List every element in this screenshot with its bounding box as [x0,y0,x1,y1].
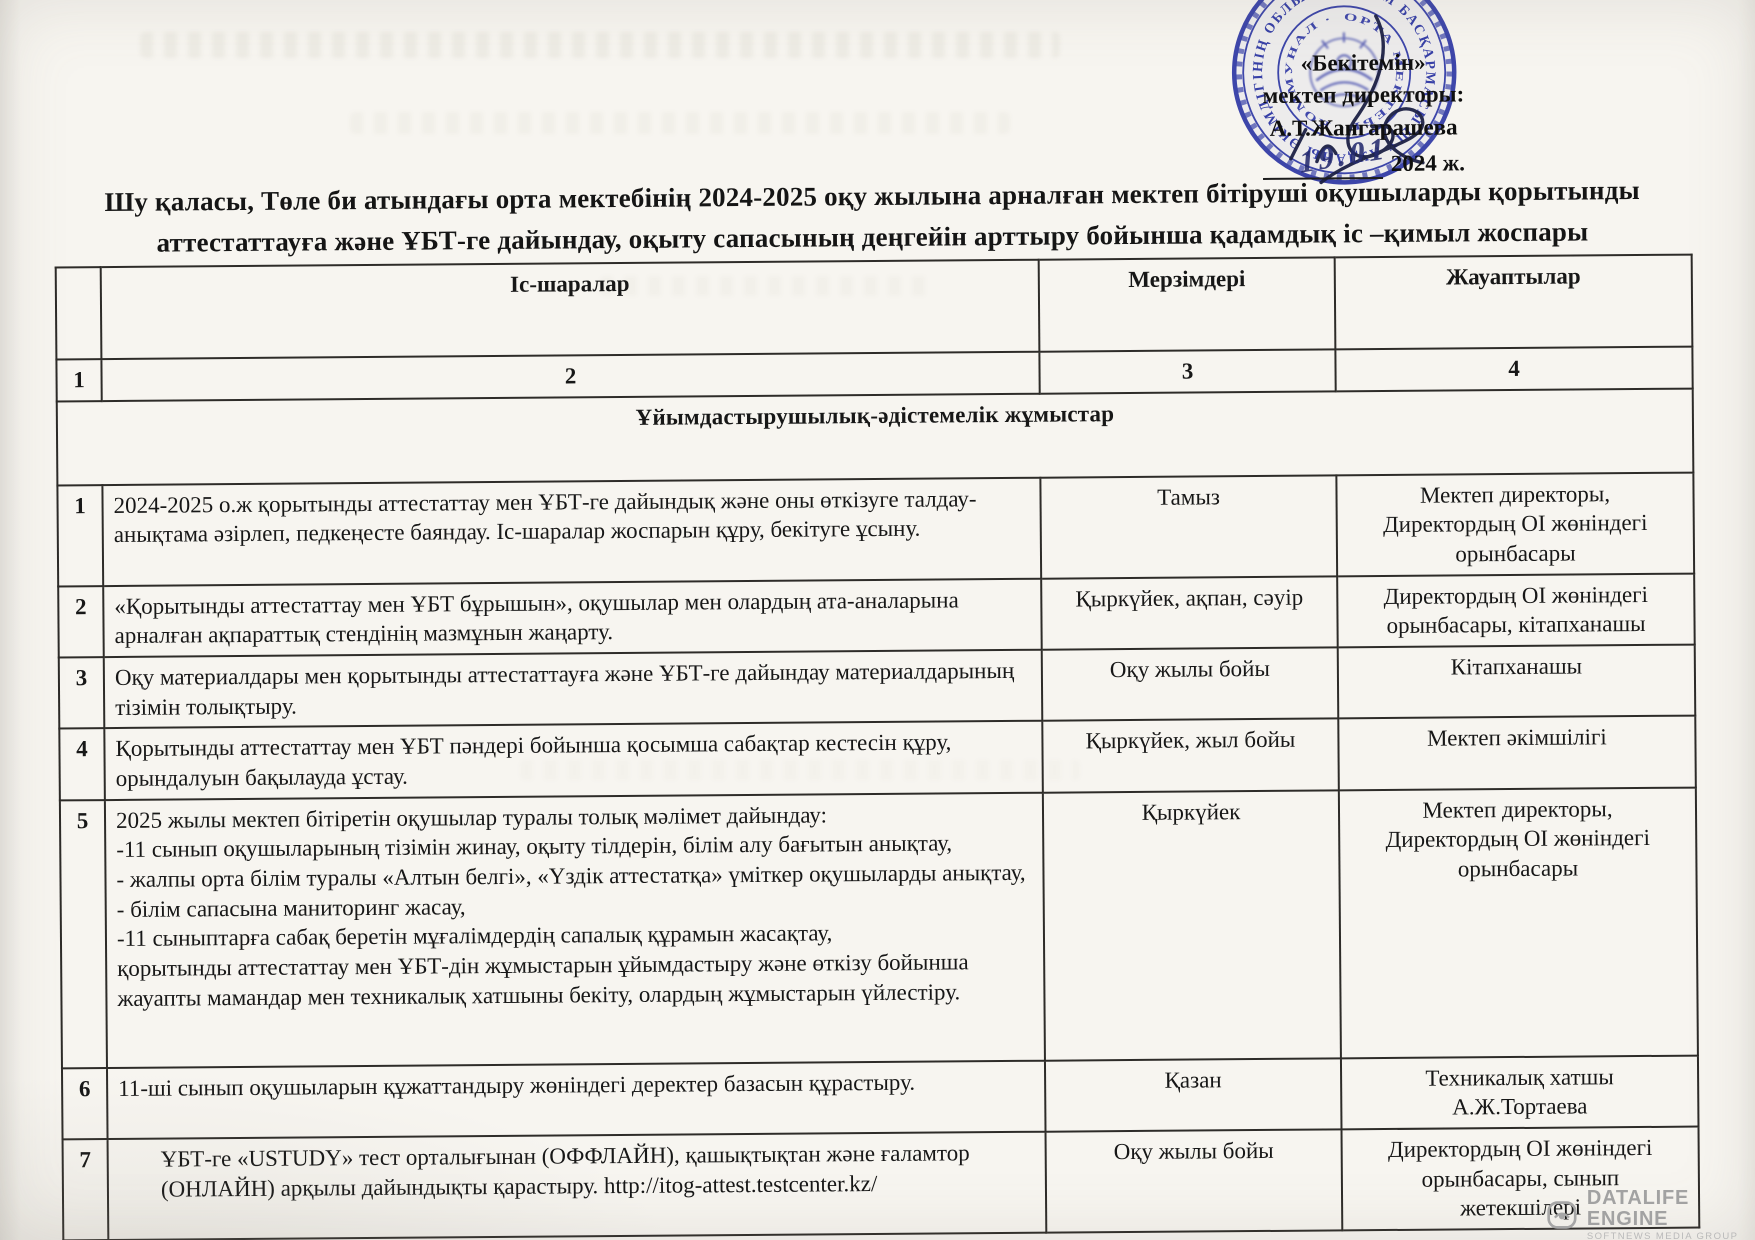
col-number-1: 1 [56,359,101,401]
row-number: 1 [57,485,103,586]
row-number: 2 [58,586,104,658]
datalife-eye-icon [1546,1197,1578,1233]
col-number-2: 2 [101,352,1039,401]
activity-cell: «Қорытынды аттестаттау мен ҰБТ бұрышын»,… [103,578,1042,657]
col-number-3: 3 [1039,349,1335,393]
responsible-cell: Техникалық хатшы А.Ж.Тортаева [1341,1055,1699,1129]
responsible-cell: Мектеп әкімшілігі [1338,716,1696,790]
activity-cell: Қорытынды аттестаттау мен ҰБТ пәндері бо… [104,721,1043,800]
responsible-cell: Кітапханашы [1338,645,1696,719]
document-title: Шу қаласы, Төле би атындағы орта мектебі… [92,170,1653,263]
header-terms: Мерзімдері [1039,257,1336,351]
activity-cell: 2025 жылы мектеп бітіретін оқушылар тура… [105,792,1045,1067]
col-number-4: 4 [1335,347,1692,391]
watermark-subtitle: SOFTNEWS MEDIA GROUP [1587,1232,1755,1240]
row-number: 5 [60,800,107,1068]
responsible-cell: Мектеп директоры, Директордың ОІ жөнінде… [1336,472,1694,576]
scanned-sheet: БІЛІМ БАСҚАРМАСЫ ШУ АУДАНЫ ӘКІМДІГІНІҢ О… [0,0,1755,1240]
table-row: 5 2025 жылы мектеп бітіретін оқушылар ту… [60,787,1698,1068]
header-empty-cell [56,267,102,359]
datalife-watermark: DATALIFE ENGINE SOFTNEWS MEDIA GROUP [1546,1188,1755,1240]
section-title: Ұйымдастырушылық-әдістемелік жұмыстар [57,388,1694,485]
watermark-title: DATALIFE ENGINE [1587,1188,1755,1230]
activity-cell: 11-ші сынып оқушыларын құжаттандыру жөні… [107,1060,1046,1139]
date-year-suffix: 2024 ж. [1391,148,1465,179]
table-row: 2 «Қорытынды аттестаттау мен ҰБТ бұрышын… [58,573,1695,657]
row-number: 4 [59,728,105,800]
approval-label: «Бекітемін» [1228,47,1498,79]
approval-block: «Бекітемін» мектеп директоры: А.Т.Жангар… [1228,45,1499,181]
table-row: 7 ҰБТ-ге «USTUDY» тест орталығынан (ОФФЛ… [63,1126,1700,1240]
term-cell: Қыркүйек, ақпан, сәуір [1041,576,1338,650]
term-cell: Қыркүйек, жыл бойы [1042,719,1339,793]
approval-role: мектеп директоры: [1228,79,1498,111]
term-cell: Қыркүйек [1043,790,1341,1060]
table-row: 4 Қорытынды аттестаттау мен ҰБТ пәндері … [59,716,1696,800]
term-cell: Оқу жылы бойы [1042,647,1339,721]
row-number: 6 [62,1068,108,1140]
table-row: 3 Оқу материалдары мен қорытынды аттеста… [59,645,1696,729]
header-activities: Іс-шаралар [101,260,1040,359]
row-number: 7 [63,1139,109,1240]
activity-cell: ҰБТ-ге «USTUDY» тест орталығынан (ОФФЛАЙ… [108,1132,1047,1240]
header-responsible: Жауаптылар [1335,255,1693,350]
table-row: 6 11-ші сынып оқушыларын құжаттандыру жө… [62,1055,1699,1139]
header-row: Іс-шаралар Мерзімдері Жауаптылар [56,255,1693,360]
responsible-cell: Директордың ОІ жөніндегі орынбасары, кіт… [1337,573,1695,647]
scanned-document-page: { "document": { "title": "Шу қаласы, Төл… [0,0,1755,1240]
table-row: 1 2024-2025 о.ж қорытынды аттестаттау ме… [57,472,1694,586]
term-cell: Оқу жылы бойы [1046,1129,1343,1232]
section-row: Ұйымдастырушылық-әдістемелік жұмыстар [57,388,1694,485]
term-cell: Тамыз [1040,475,1337,578]
responsible-cell: Мектеп директоры, Директордың ОІ жөнінде… [1339,787,1698,1058]
action-plan-table: Іс-шаралар Мерзімдері Жауаптылар 1 2 3 4… [55,254,1701,1240]
activity-cell: 2024-2025 о.ж қорытынды аттестаттау мен … [102,477,1041,585]
row-number: 3 [59,657,105,729]
term-cell: Қазан [1045,1058,1342,1132]
activity-cell: Оқу материалдары мен қорытынды аттестатт… [104,650,1043,729]
approval-date-row: 19.01 2024 ж. [1229,148,1499,180]
